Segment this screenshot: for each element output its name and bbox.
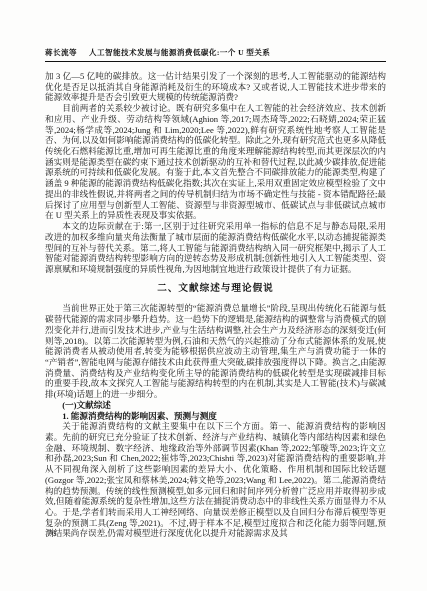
- running-header: 蒋长流等 人工智能技术发展与能源消费低碳化:一个 U 型关系: [45, 47, 386, 62]
- running-header-author: 蒋长流等: [45, 47, 77, 58]
- article-body: 加 3 亿—5 亿吨的碳排放。这一估计结果引发了一个深刻的思考,人工智能驱动的能…: [45, 71, 386, 539]
- paragraph: 本文的边际贡献在于:第一,区别于过往研究采用单一指标的信息不足与静态局限,采用改…: [45, 221, 386, 275]
- paragraph: 关于能源消费结构的文献主要集中在以下三个方面。第一、能源消费结构的影响因素。先前…: [45, 421, 386, 539]
- paragraph-continuation: 加 3 亿—5 亿吨的碳排放。这一估计结果引发了一个深刻的思考,人工智能驱动的能…: [45, 71, 386, 103]
- paper-page: 蒋长流等 人工智能技术发展与能源消费低碳化:一个 U 型关系 加 3 亿—5 亿…: [0, 0, 427, 591]
- running-header-title: 人工智能技术发展与能源消费低碳化:一个 U 型关系: [89, 47, 270, 58]
- section-heading: 二、文献综述与理论假说: [45, 284, 386, 295]
- subsection-heading: 1. 能源消费结构的影响因素、预测与测度: [45, 411, 386, 422]
- subsection-heading: (一)文献综述: [45, 400, 386, 411]
- paragraph: 当前世界正处于第三次能源转型的“能源消费总量增长”阶段,呈现出传统化石能源与低碳…: [45, 303, 386, 399]
- page-number: 76: [47, 528, 57, 538]
- paragraph: 目前两者的关系较少被讨论。既有研究多集中在人工智能的社会经济效应、技术创新和应用…: [45, 103, 386, 221]
- page-content: 蒋长流等 人工智能技术发展与能源消费低碳化:一个 U 型关系 加 3 亿—5 亿…: [45, 47, 386, 539]
